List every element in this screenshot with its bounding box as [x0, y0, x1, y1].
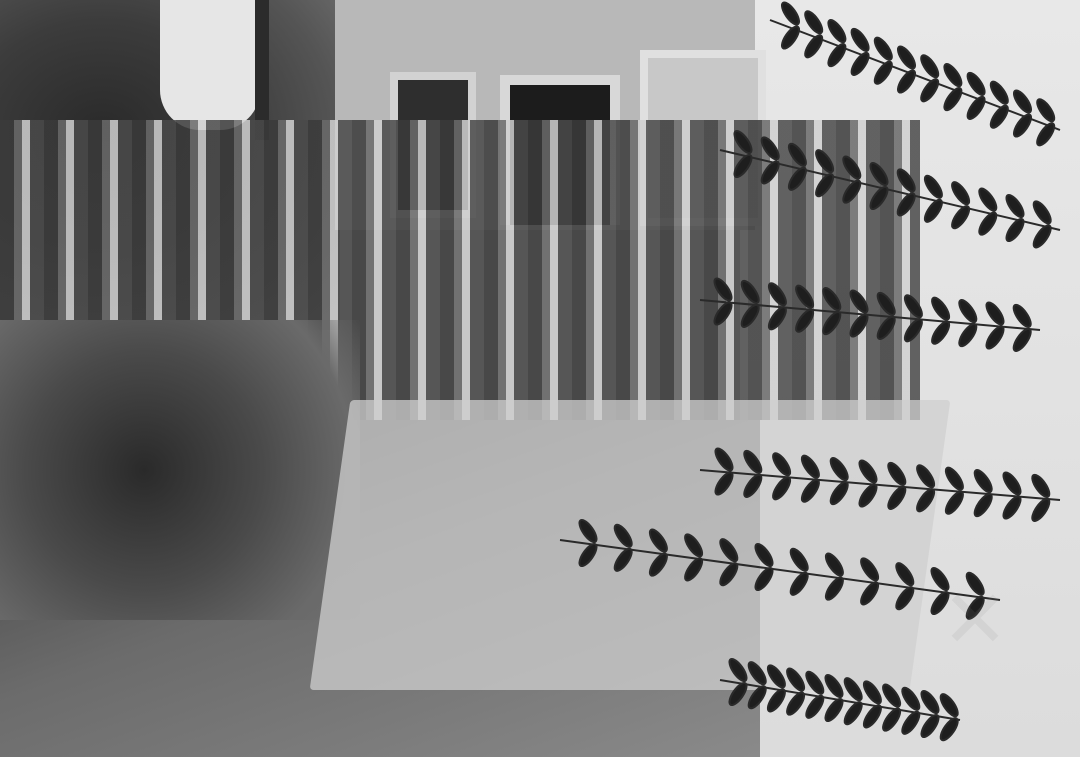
tree-trunk [255, 0, 269, 140]
bushes [0, 320, 360, 620]
photograph: ✕ [0, 0, 1080, 757]
sky [160, 0, 260, 130]
watermark: ✕ [930, 560, 1020, 680]
